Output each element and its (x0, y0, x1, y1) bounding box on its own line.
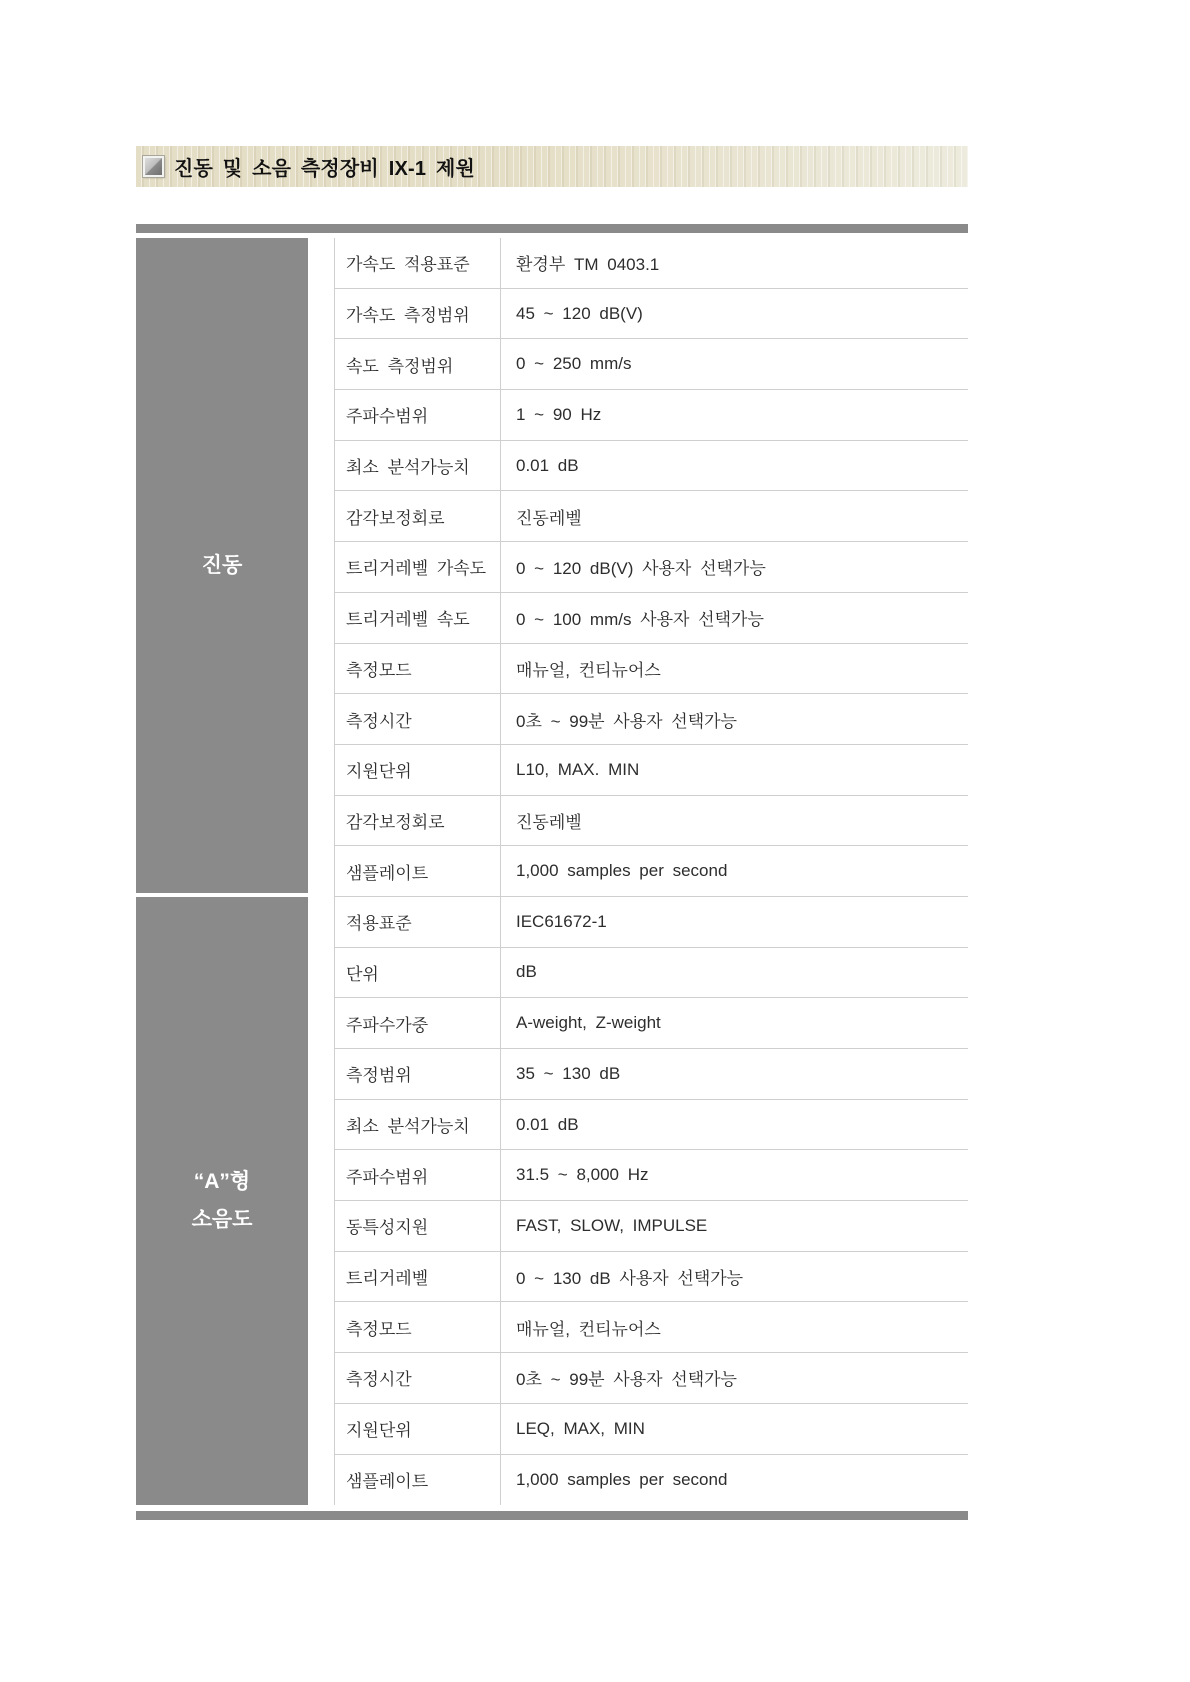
spec-row: 지원단위L10, MAX. MIN (335, 745, 968, 796)
section-header-line: 진동 (202, 547, 243, 585)
spec-label: 적용표준 (335, 897, 501, 947)
spec-value: 진동레벨 (501, 491, 968, 541)
section-column: 진동“A”형소음도 (136, 238, 308, 1505)
spec-row: 측정모드매뉴얼, 컨티뉴어스 (335, 1302, 968, 1353)
spec-value: 매뉴얼, 컨티뉴어스 (501, 644, 968, 694)
spec-label: 최소 분석가능치 (335, 441, 501, 491)
spec-row: 트리거레벨 가속도0 ~ 120 dB(V) 사용자 선택가능 (335, 542, 968, 593)
spec-row: 샘플레이트1,000 samples per second (335, 846, 968, 897)
spec-row: 가속도 측정범위45 ~ 120 dB(V) (335, 289, 968, 340)
spec-label: 측정시간 (335, 1353, 501, 1403)
table-body: 진동“A”형소음도 가속도 적용표준환경부 TM 0403.1가속도 측정범위4… (136, 238, 968, 1505)
spec-row: 측정모드매뉴얼, 컨티뉴어스 (335, 644, 968, 695)
spec-value: IEC61672-1 (501, 897, 968, 947)
spec-row: 가속도 적용표준환경부 TM 0403.1 (335, 238, 968, 289)
spec-value: 0 ~ 250 mm/s (501, 339, 968, 389)
spec-value: 0초 ~ 99분 사용자 선택가능 (501, 694, 968, 744)
spec-label: 트리거레벨 속도 (335, 593, 501, 643)
spec-value: FAST, SLOW, IMPULSE (501, 1201, 968, 1251)
spec-row: 감각보정회로진동레벨 (335, 796, 968, 847)
spec-row: 동특성지원FAST, SLOW, IMPULSE (335, 1201, 968, 1252)
spec-label: 지원단위 (335, 1404, 501, 1454)
spec-row: 트리거레벨 속도0 ~ 100 mm/s 사용자 선택가능 (335, 593, 968, 644)
spec-value: 매뉴얼, 컨티뉴어스 (501, 1302, 968, 1352)
spec-row: 주파수범위31.5 ~ 8,000 Hz (335, 1150, 968, 1201)
spec-value: L10, MAX. MIN (501, 745, 968, 795)
spec-value: LEQ, MAX, MIN (501, 1404, 968, 1454)
spec-label: 샘플레이트 (335, 846, 501, 896)
spec-row: 감각보정회로진동레벨 (335, 491, 968, 542)
spec-label: 측정모드 (335, 1302, 501, 1352)
spec-row: 속도 측정범위0 ~ 250 mm/s (335, 339, 968, 390)
spec-row: 최소 분석가능치0.01 dB (335, 441, 968, 492)
spec-label: 주파수범위 (335, 390, 501, 440)
spec-row: 측정범위35 ~ 130 dB (335, 1049, 968, 1100)
spec-row: 측정시간0초 ~ 99분 사용자 선택가능 (335, 1353, 968, 1404)
spec-label: 동특성지원 (335, 1201, 501, 1251)
spec-value: 35 ~ 130 dB (501, 1049, 968, 1099)
spec-value: 0 ~ 100 mm/s 사용자 선택가능 (501, 593, 968, 643)
spec-value: 0초 ~ 99분 사용자 선택가능 (501, 1353, 968, 1403)
spec-value: 진동레벨 (501, 796, 968, 846)
bullet-square-icon (143, 156, 164, 177)
table-top-rule (136, 224, 968, 233)
title-bar: 진동 및 소음 측정장비 IX-1 제원 (136, 146, 968, 187)
spec-row: 최소 분석가능치0.01 dB (335, 1100, 968, 1151)
spec-value: 45 ~ 120 dB(V) (501, 289, 968, 339)
table-bottom-rule (136, 1511, 968, 1520)
section-header-line: 소음도 (192, 1201, 253, 1239)
spec-label: 감각보정회로 (335, 796, 501, 846)
spec-row: 적용표준IEC61672-1 (335, 897, 968, 948)
spec-row: 단위dB (335, 948, 968, 999)
spec-label: 주파수범위 (335, 1150, 501, 1200)
section-header: “A”형소음도 (136, 897, 308, 1505)
spec-label: 트리거레벨 (335, 1252, 501, 1302)
spec-label: 가속도 측정범위 (335, 289, 501, 339)
spec-label: 가속도 적용표준 (335, 238, 501, 288)
spec-row: 주파수범위1 ~ 90 Hz (335, 390, 968, 441)
spec-value: 환경부 TM 0403.1 (501, 238, 968, 288)
spec-row: 주파수가중A-weight, Z-weight (335, 998, 968, 1049)
page-title: 진동 및 소음 측정장비 IX-1 제원 (174, 152, 475, 181)
spec-label: 지원단위 (335, 745, 501, 795)
spec-label: 측정시간 (335, 694, 501, 744)
document-page: 진동 및 소음 측정장비 IX-1 제원 진동“A”형소음도 가속도 적용표준환… (0, 0, 1190, 1682)
section-header-line: “A”형 (194, 1163, 250, 1201)
spec-value: 0 ~ 120 dB(V) 사용자 선택가능 (501, 542, 968, 592)
spec-table: 진동“A”형소음도 가속도 적용표준환경부 TM 0403.1가속도 측정범위4… (136, 224, 968, 1520)
spec-value: 0.01 dB (501, 441, 968, 491)
spec-value: 0 ~ 130 dB 사용자 선택가능 (501, 1252, 968, 1302)
spec-label: 측정모드 (335, 644, 501, 694)
spec-rows: 가속도 적용표준환경부 TM 0403.1가속도 측정범위45 ~ 120 dB… (334, 238, 968, 1505)
spec-label: 최소 분석가능치 (335, 1100, 501, 1150)
spec-row: 지원단위LEQ, MAX, MIN (335, 1404, 968, 1455)
spec-label: 측정범위 (335, 1049, 501, 1099)
section-header: 진동 (136, 238, 308, 893)
spec-row: 측정시간0초 ~ 99분 사용자 선택가능 (335, 694, 968, 745)
spec-label: 속도 측정범위 (335, 339, 501, 389)
spec-value: 1,000 samples per second (501, 1455, 968, 1506)
spec-label: 트리거레벨 가속도 (335, 542, 501, 592)
spec-value: 1,000 samples per second (501, 846, 968, 896)
spec-value: 31.5 ~ 8,000 Hz (501, 1150, 968, 1200)
spec-label: 주파수가중 (335, 998, 501, 1048)
spec-value: 0.01 dB (501, 1100, 968, 1150)
spec-value: 1 ~ 90 Hz (501, 390, 968, 440)
spec-label: 감각보정회로 (335, 491, 501, 541)
spec-label: 샘플레이트 (335, 1455, 501, 1506)
spec-value: dB (501, 948, 968, 998)
spec-value: A-weight, Z-weight (501, 998, 968, 1048)
spec-label: 단위 (335, 948, 501, 998)
spec-row: 샘플레이트1,000 samples per second (335, 1455, 968, 1506)
spec-row: 트리거레벨0 ~ 130 dB 사용자 선택가능 (335, 1252, 968, 1303)
